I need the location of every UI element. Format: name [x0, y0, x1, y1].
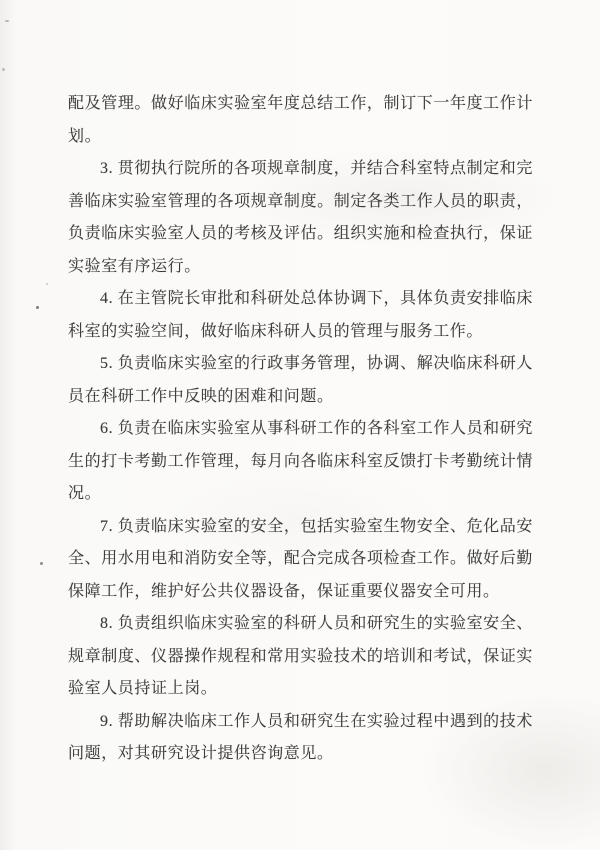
- scan-speck: [46, 283, 48, 285]
- paragraph-item-5: 5. 负责临床实验室的行政事务管理，协调、解决临床科研人员在科研工作中反映的困难…: [68, 348, 533, 413]
- scanned-document-page: 配及管理。做好临床实验室年度总结工作，制订下一年度工作计划。 3. 贯彻执行院所…: [0, 0, 600, 850]
- paragraph-continuation: 配及管理。做好临床实验室年度总结工作，制订下一年度工作计划。: [68, 88, 533, 153]
- paragraph-item-3: 3. 贯彻执行院所的各项规章制度，并结合科室特点制定和完善临床实验室管理的各项规…: [68, 153, 533, 283]
- scan-speck: [5, 20, 9, 22]
- paragraph-item-7: 7. 负责临床实验室的安全，包括实验室生物安全、危化品安全、用水用电和消防安全等…: [68, 511, 533, 609]
- paragraph-item-6: 6. 负责在临床实验室从事科研工作的各科室工作人员和研究生的打卡考勤工作管理，每…: [68, 413, 533, 511]
- scan-speck: [2, 68, 5, 71]
- paragraph-item-9: 9. 帮助解决临床工作人员和研究生在实验过程中遇到的技术问题，对其研究设计提供咨…: [68, 706, 533, 771]
- paragraph-item-4: 4. 在主管院长审批和科研处总体协调下，具体负责安排临床科室的实验空间，做好临床…: [68, 283, 533, 348]
- scan-speck: [40, 562, 43, 565]
- document-body: 配及管理。做好临床实验室年度总结工作，制订下一年度工作计划。 3. 贯彻执行院所…: [68, 88, 533, 771]
- paragraph-item-8: 8. 负责组织临床实验室的科研人员和研究生的实验室安全、规章制度、仪器操作规程和…: [68, 608, 533, 706]
- scan-speck: [36, 306, 39, 309]
